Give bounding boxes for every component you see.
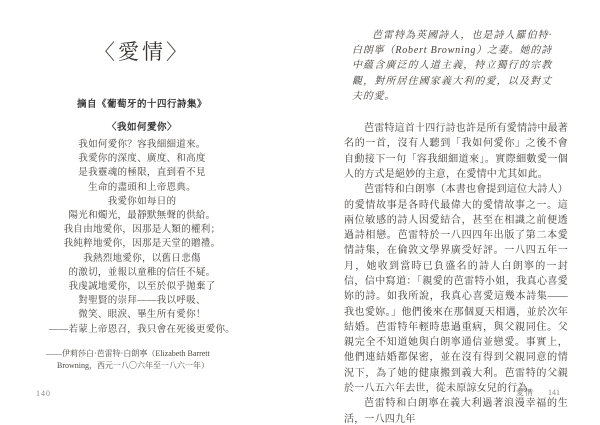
left-page-number: 140 — [36, 389, 51, 398]
poem-attribution: ——伊莉莎白·芭雷特·白朗寧（Elizabeth Barrett Brownin… — [46, 348, 242, 373]
poem-line: 的激切，並報以童稚的信任不疑。 — [46, 266, 238, 280]
poem-line: 我純粹地愛你，因那是天堂的贈禮。 — [46, 237, 238, 251]
left-page-column: 〈愛情〉 摘自《葡萄牙的十四行詩集》 〈我如何愛你〉 我如何愛你？容我細細道來。… — [46, 36, 238, 373]
poem-line: 是我靈魂的極限，直到看不見 — [46, 166, 238, 180]
poem-line: 我自由地愛你，因那是人類的權利； — [46, 223, 238, 237]
commentary-paragraph: 芭雷特和白朗寧（本書也會提到這位大詩人）的愛情故事是各時代最偉大的愛情故事之一。… — [344, 182, 568, 396]
commentary-paragraph: 芭雷特和白朗寧在義大利過著浪漫幸福的生活，一八四九年 — [344, 396, 568, 425]
author-bio-paragraph: 芭雷特為英國詩人，也是詩人羅伯特·白朗寧（Robert Browning）之妻。… — [352, 28, 552, 104]
poem-line: 我如何愛你？容我細細道來。 — [46, 138, 238, 152]
commentary-paragraphs: 芭雷特這首十四行詩也許是所有愛情詩中最著名的一首，沒有人聽到「我如何愛你」之後不… — [344, 121, 568, 425]
right-page-number: 141 — [548, 388, 560, 397]
left-page: 〈愛情〉 摘自《葡萄牙的十四行詩集》 〈我如何愛你〉 我如何愛你？容我細細道來。… — [0, 0, 300, 425]
commentary-paragraph: 芭雷特這首十四行詩也許是所有愛情詩中最著名的一首，沒有人聽到「我如何愛你」之後不… — [344, 121, 568, 182]
right-page-column: 芭雷特為英國詩人，也是詩人羅伯特·白朗寧（Robert Browning）之妻。… — [344, 28, 568, 425]
right-page-footer: 愛情 141 — [516, 387, 560, 398]
poem-line: ——若蒙上帝恩召，我只會在死後更愛你。 — [46, 323, 238, 337]
poem-line: 生命的盡頭和上帝恩典。 — [46, 181, 238, 195]
poem-source-line: 摘自《葡萄牙的十四行詩集》 — [46, 96, 238, 110]
poem-line: 我熱烈地愛你，以舊日悲傷 — [46, 252, 238, 266]
poem-line: 我愛你如每日的 — [46, 195, 238, 209]
poem-line: 微笑、眼淚、畢生所有愛你！ — [46, 308, 238, 322]
poem-line: 我虔誠地愛你，以至於似乎拋棄了 — [46, 280, 238, 294]
poem-line: 陽光和燭光，最靜默無聲的供給。 — [46, 209, 238, 223]
running-footer-chapter: 愛情 — [516, 387, 534, 398]
poem-title: 〈我如何愛你〉 — [46, 119, 238, 133]
chapter-title: 〈愛情〉 — [46, 36, 238, 66]
poem-body: 我如何愛你？容我細細道來。我愛你的深度、廣度、和高度是我靈魂的極限，直到看不見生… — [46, 138, 238, 337]
book-spread: 〈愛情〉 摘自《葡萄牙的十四行詩集》 〈我如何愛你〉 我如何愛你？容我細細道來。… — [0, 0, 600, 425]
poem-line: 我愛你的深度、廣度、和高度 — [46, 152, 238, 166]
right-page: 芭雷特為英國詩人，也是詩人羅伯特·白朗寧（Robert Browning）之妻。… — [300, 0, 600, 425]
poem-line: 對聖賢的崇拜——我以呼吸、 — [46, 294, 238, 308]
